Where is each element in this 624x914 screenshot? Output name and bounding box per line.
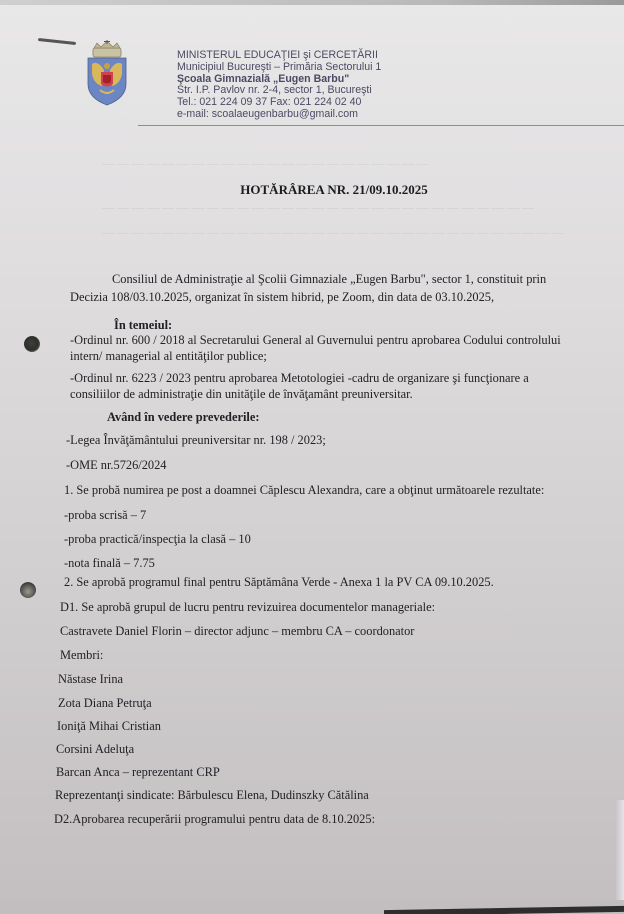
legal-basis-item-1-line-2: intern/ managerial al entităţilor public… [70, 349, 267, 364]
letterhead: MINISTERUL EDUCAŢIEI şi CERCETĂRII Munic… [177, 50, 381, 121]
legal-basis-item-1-line-1: -Ordinul nr. 600 / 2018 al Secretarului … [70, 333, 561, 348]
legal-basis-item-2-line-2: consiliilor de administraţie din unităţi… [70, 387, 413, 402]
decision-green-week: 2. Se aprobă programul final pentru Săpt… [64, 575, 494, 590]
provision-item: -OME nr.5726/2024 [66, 458, 167, 473]
result-item: -proba scrisă – 7 [64, 508, 146, 523]
result-item: -nota finală – 7.75 [64, 556, 155, 571]
show-through-text: — — — — — — — — — — — — — — — — — — — — … [102, 200, 534, 215]
legal-basis-item-2-line-1: -Ordinul nr. 6223 / 2023 pentru aprobare… [70, 371, 529, 386]
page-bottom-edge [0, 900, 624, 914]
legal-basis-heading: În temeiul: [114, 318, 172, 333]
intro-line-1: Consiliul de Administraţie al Şcolii Gim… [112, 272, 546, 287]
members-label: Membri: [60, 648, 103, 663]
union-representatives: Reprezentanţi sindicate: Bărbulescu Elen… [55, 788, 369, 803]
member-item: Barcan Anca – reprezentant CRP [56, 765, 220, 780]
decision-title: HOTĂRÂREA NR. 21/09.10.2025 [0, 182, 624, 198]
bucharest-coat-of-arms-icon [84, 40, 130, 106]
municipality-name: Municipiul Bucureşti – Primăria Sectorul… [177, 62, 381, 74]
member-item: Corsini Adeluţa [56, 742, 134, 757]
decision-appointment: 1. Se probă numirea pe post a doamnei Că… [64, 483, 544, 498]
group-coordinator: Castravete Daniel Florin – director adju… [60, 624, 414, 639]
punch-hole [20, 582, 36, 598]
member-item: Năstase Irina [58, 672, 123, 687]
pencil-mark [38, 38, 76, 45]
header-divider [138, 125, 624, 126]
member-item: Ioniţă Mihai Cristian [57, 719, 161, 734]
document-page: MINISTERUL EDUCAŢIEI şi CERCETĂRII Munic… [0, 0, 624, 914]
show-through-text: — — — — — — — — — — — — — — — — — — — — … [102, 225, 564, 240]
school-email: e-mail: scoalaeugenbarbu@gmail.com [177, 109, 381, 121]
intro-line-2: Decizia 108/03.10.2025, organizat în sis… [70, 290, 494, 305]
show-through-text: — — — — — — — — — — — — — — — — — — — — … [102, 156, 429, 171]
result-item: -proba practică/inspecţia la clasă – 10 [64, 532, 251, 547]
provision-item: -Legea Învăţământului preuniversitar nr.… [66, 433, 326, 448]
member-item: Zota Diana Petruţa [58, 696, 152, 711]
page-stack-edge [616, 800, 624, 914]
provisions-heading: Având în vedere prevederile: [107, 410, 259, 425]
decision-program-recovery: D2.Aprobarea recuperării programului pen… [54, 812, 375, 827]
punch-hole [24, 336, 40, 352]
decision-working-group: D1. Se aprobă grupul de lucru pentru rev… [60, 600, 435, 615]
page-top-edge [0, 0, 624, 5]
